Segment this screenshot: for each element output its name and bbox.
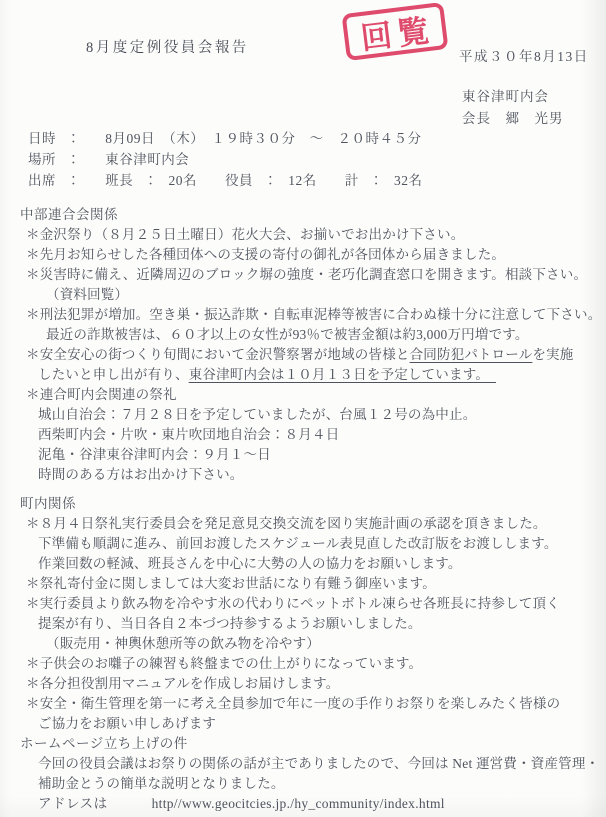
meta-block: 日時 ： 8月09日 （木） １９時３０分 ～ ２０時４５分 場所 ： 東谷津町… (0, 128, 606, 191)
document-line: ＊各分担役割用マニュアルを作成しお届けします。 (26, 674, 606, 694)
text-segment: したいと申し出が有り、 (38, 367, 189, 382)
document-line: 時間のある方はお出かけ下さい。 (38, 465, 606, 485)
text-segment: ご協力をお願い申しあげます (38, 716, 216, 731)
address-row: アドレスはhttp//www.geocitcies.jp./hy_communi… (0, 794, 606, 814)
sections-container: 中部連合会関係＊金沢祭り（８月２５日土曜日）花火大会、お揃いでお出かけ下さい。＊… (0, 205, 606, 814)
text-segment: 下準備も順調に進み、前回お渡したスケジュール表見直した改訂版をお渡しします。 (38, 536, 558, 551)
circulation-stamp-label: 回覧 (358, 4, 437, 58)
text-segment: ＊８月４日祭礼実行委員会を発足意見交換交流を図り実施計画の承認を頂きました。 (26, 516, 547, 531)
text-segment: ＊各分担役割用マニュアルを作成しお届けします。 (26, 676, 339, 691)
document-line: （資料回覧） (46, 285, 606, 305)
chairman-name: 会長 郷 光男 (462, 108, 564, 130)
text-segment: を実施 (532, 347, 573, 362)
text-segment: ＊実行委員より飲み物を冷やす氷の代わりにペットボトル凍らせ各班長に持参して頂く (26, 596, 560, 611)
text-segment: ＊金沢祭り（８月２５日土曜日）花火大会、お揃いでお出かけ下さい。 (26, 227, 464, 242)
document-line: 補助金とうの簡単な説明となりました。 (38, 774, 606, 794)
text-segment: 最近の詐欺被害は、６０才以上の女性が93％で被害金額は約3,000万円増です。 (46, 327, 529, 342)
text-segment: 作業回数の軽減、班長さんを中心に大勢の人の協力をお願いします。 (38, 556, 462, 571)
text-segment: ＊安全・衛生管理を第一に考え全員参加で年に一度の手作りお祭りを楽しみたく皆様の (26, 696, 560, 711)
text-segment: 時間のある方はお出かけ下さい。 (38, 467, 244, 482)
text-segment: ＊子供会のお囃子の練習も終盤までの仕上がりになっています。 (26, 656, 422, 671)
meta-line-attendance: 出席 ： 班長 ： 20名 役員 ： 12名 計 ： 32名 (28, 170, 606, 191)
text-segment: ＊祭礼寄付金に関しましては大変お世話になり有難う御座います。 (26, 576, 436, 591)
section: ホームページ立ち上げの件今回の役員会議はお祭りの関係の話が主でありましたので、今… (0, 734, 606, 814)
document-line: 泥亀・谷津東谷津町内会：９月１～日 (38, 445, 606, 465)
document-line: 提案が有り、当日各自２本づつ持参するようお願いしました。 (38, 614, 606, 634)
document-line: ＊災害時に備え、近隣周辺のブロック塀の強度・老巧化調査窓口を開きます。相談下さい… (26, 265, 606, 285)
text-segment: ＊安全安心の街つくり旬間において金沢警察署が地域の皆様と (26, 347, 410, 362)
section: 中部連合会関係＊金沢祭り（８月２５日土曜日）花火大会、お揃いでお出かけ下さい。＊… (0, 205, 606, 485)
document-body: 日時 ： 8月09日 （木） １９時３０分 ～ ２０時４５分 場所 ： 東谷津町… (0, 128, 606, 814)
text-segment: 西柴町内会・片吹・東片吹団地自治会：８月４日 (38, 427, 339, 442)
document-line: ＊安全・衛生管理を第一に考え全員参加で年に一度の手作りお祭りを楽しみたく皆様の (26, 694, 606, 714)
document-line: ＊祭礼寄付金に関しましては大変お世話になり有難う御座います。 (26, 574, 606, 594)
document-line: ＊先月お知らせした各種団体への支援の寄付の御礼が各団体から届きました。 (26, 245, 606, 265)
document-line: 西柴町内会・片吹・東片吹団地自治会：８月４日 (38, 425, 606, 445)
text-segment: ＊先月お知らせした各種団体への支援の寄付の御礼が各団体から届きました。 (26, 247, 505, 262)
section-heading: 町内関係 (20, 494, 606, 514)
homepage-url: http//www.geocitcies.jp./hy_community/in… (152, 794, 445, 814)
document-line: ＊連合町内会関連の祭礼 (26, 385, 606, 405)
text-segment: （販売用・神輿休憩所等の飲み物を冷やす） (46, 636, 320, 651)
document-line: したいと申し出が有り、東谷津町内会は１０月１３日を予定しています。 (38, 365, 606, 385)
document-line: ＊刑法犯罪が増加。空き巣・振込詐欺・自転車泥棒等被害に合わぬ様十分に注意して下さ… (26, 305, 606, 325)
document-line: 城山自治会：７月２８日を予定していましたが、台風１２号の為中止。 (38, 405, 606, 425)
text-segment: （資料回覧） (46, 287, 128, 302)
document-line: ご協力をお願い申しあげます (38, 714, 606, 734)
underlined-text: 東谷津町内会は１０月１３日を予定しています。 (189, 367, 496, 382)
org-name: 東谷津町内会 (462, 86, 564, 108)
issuer-block: 東谷津町内会 会長 郷 光男 (462, 86, 564, 130)
meta-line-datetime: 日時 ： 8月09日 （木） １９時３０分 ～ ２０時４５分 (28, 128, 606, 149)
text-segment: 補助金とうの簡単な説明となりました。 (38, 776, 285, 791)
text-segment: 泥亀・谷津東谷津町内会：９月１～日 (38, 447, 271, 462)
text-segment: 城山自治会：７月２８日を予定していましたが、台風１２号の為中止。 (38, 407, 476, 422)
document-line: 最近の詐欺被害は、６０才以上の女性が93％で被害金額は約3,000万円増です。 (46, 325, 606, 345)
page-title: 8月度定例役員会報告 (86, 36, 249, 57)
document-line: 今回の役員会議はお祭りの関係の話が主でありましたので、今回は Net 運営費・資… (38, 754, 606, 774)
section-heading: ホームページ立ち上げの件 (20, 734, 606, 754)
document-line: ＊実行委員より飲み物を冷やす氷の代わりにペットボトル凍らせ各班長に持参して頂く (26, 594, 606, 614)
section-heading: 中部連合会関係 (20, 205, 606, 225)
document-line: ＊安全安心の街つくり旬間において金沢警察署が地域の皆様と合同防犯パトロールを実施 (26, 345, 606, 365)
text-segment: 提案が有り、当日各自２本づつ持参するようお願いしました。 (38, 616, 422, 631)
document-line: （販売用・神輿休憩所等の飲み物を冷やす） (46, 634, 606, 654)
text-segment: ＊災害時に備え、近隣周辺のブロック塀の強度・老巧化調査窓口を開きます。相談下さい… (26, 267, 587, 282)
scanned-document-page: 8月度定例役員会報告 回覧 平成３０年8月13日 東谷津町内会 会長 郷 光男 … (0, 0, 606, 817)
document-line: ＊金沢祭り（８月２５日土曜日）花火大会、お揃いでお出かけ下さい。 (26, 225, 606, 245)
document-line: 下準備も順調に進み、前回お渡したスケジュール表見直した改訂版をお渡しします。 (38, 534, 606, 554)
text-segment: ＊連合町内会関連の祭礼 (26, 387, 177, 402)
document-line: ＊子供会のお囃子の練習も終盤までの仕上がりになっています。 (26, 654, 606, 674)
meta-line-place: 場所 ： 東谷津町内会 (28, 149, 606, 170)
document-line: 作業回数の軽減、班長さんを中心に大勢の人の協力をお願いします。 (38, 554, 606, 574)
text-segment: 今回の役員会議はお祭りの関係の話が主でありましたので、今回は Net 運営費・資… (38, 756, 599, 771)
circulation-stamp: 回覧 (342, 2, 449, 61)
document-line: ＊８月４日祭礼実行委員会を発足意見交換交流を図り実施計画の承認を頂きました。 (26, 514, 606, 534)
section: 町内関係＊８月４日祭礼実行委員会を発足意見交換交流を図り実施計画の承認を頂きまし… (0, 494, 606, 734)
text-segment: ＊刑法犯罪が増加。空き巣・振込詐欺・自転車泥棒等被害に合わぬ様十分に注意して下さ… (26, 307, 601, 322)
document-date: 平成３０年8月13日 (459, 45, 589, 65)
address-label: アドレスは (38, 794, 108, 814)
underlined-text: 合同防犯パトロール (410, 347, 533, 362)
